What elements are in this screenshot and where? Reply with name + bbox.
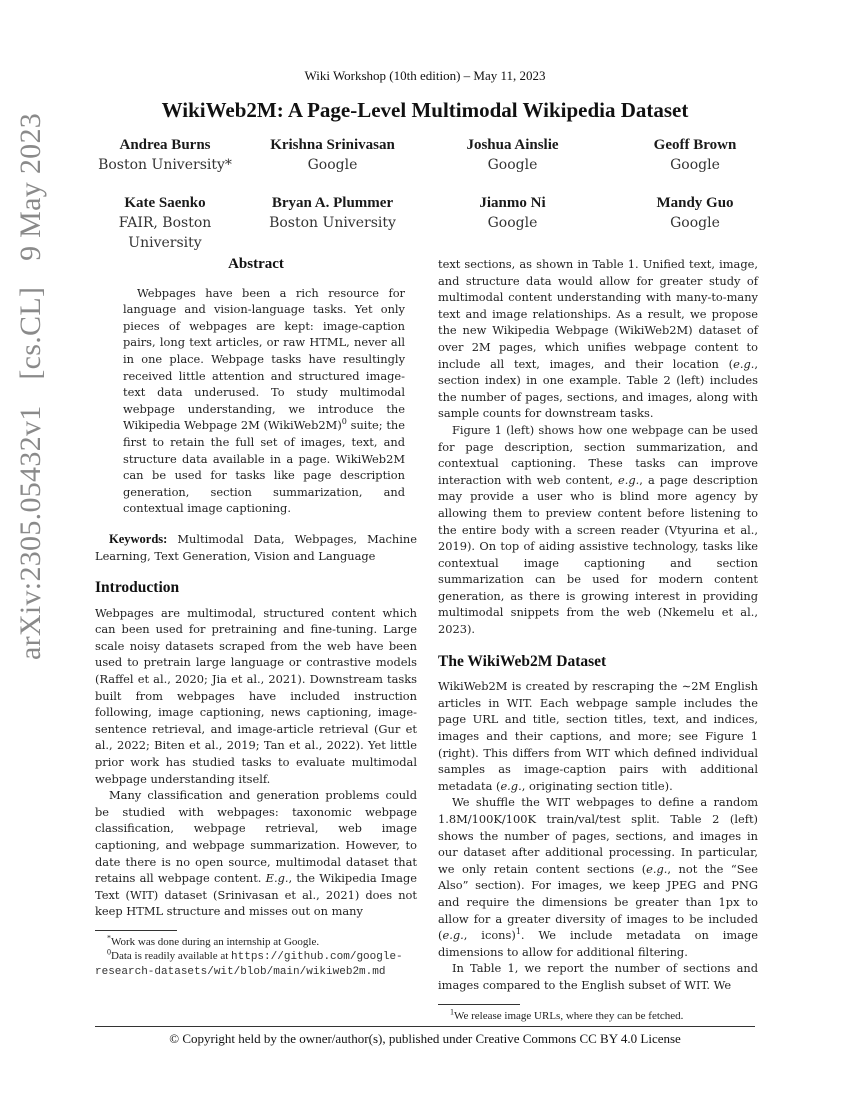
- author-block: Mandy Guo Google: [620, 194, 770, 253]
- paper-page: arXiv:2305.05432v1 [cs.CL] 9 May 2023 Wi…: [0, 0, 850, 1100]
- footnote-1: 1We release image URLs, where they can b…: [438, 1009, 758, 1023]
- footnote-0: 0Data is readily available at https://gi…: [95, 949, 417, 979]
- author-block: Bryan A. Plummer Boston University: [260, 194, 405, 253]
- author-name: Andrea Burns: [90, 136, 240, 155]
- abstract-heading: Abstract: [95, 256, 417, 273]
- intro-paragraph-2: Many classification and generation probl…: [95, 787, 417, 920]
- author-name: Joshua Ainslie: [425, 136, 600, 155]
- footnote-star: *Work was done during an internship at G…: [95, 935, 417, 949]
- paper-title: WikiWeb2M: A Page-Level Multimodal Wikip…: [0, 98, 850, 123]
- intro-paragraph-1: Webpages are multimodal, structured cont…: [95, 605, 417, 788]
- left-column: Abstract Webpages have been a rich resou…: [95, 256, 417, 979]
- author-block: Krishna Srinivasan Google: [260, 136, 405, 175]
- arxiv-id: arXiv:2305.05432v1: [14, 405, 47, 660]
- keywords-label: Keywords:: [109, 532, 167, 546]
- author-name: Mandy Guo: [620, 194, 770, 213]
- author-name: Jianmo Ni: [425, 194, 600, 213]
- copyright-footer: © Copyright held by the owner/author(s),…: [0, 1031, 850, 1047]
- intro-paragraph-3: Figure 1 (left) shows how one webpage ca…: [438, 422, 758, 638]
- author-block: Kate Saenko FAIR, Boston University: [90, 194, 240, 253]
- footer-divider: [95, 1026, 755, 1027]
- author-name: Geoff Brown: [620, 136, 770, 155]
- author-affiliation: Google: [425, 155, 600, 175]
- abstract-text: Webpages have been a rich resource for l…: [123, 285, 405, 517]
- venue-line: Wiki Workshop (10th edition) – May 11, 2…: [0, 68, 850, 84]
- author-affiliation: Boston University: [260, 213, 405, 233]
- keywords: Keywords: Multimodal Data, Webpages, Mac…: [95, 531, 417, 564]
- arxiv-category: [cs.CL]: [14, 287, 47, 380]
- intro-paragraph-2-continued: text sections, as shown in Table 1. Unif…: [438, 256, 758, 422]
- arxiv-date: 9 May 2023: [14, 113, 47, 261]
- author-block: Geoff Brown Google: [620, 136, 770, 175]
- dataset-paragraph-3: In Table 1, we report the number of sect…: [438, 960, 758, 993]
- author-block: Andrea Burns Boston University*: [90, 136, 240, 175]
- right-column: text sections, as shown in Table 1. Unif…: [438, 256, 758, 1023]
- author-block: Jianmo Ni Google: [425, 194, 600, 253]
- dataset-paragraph-1: WikiWeb2M is created by rescraping the ∼…: [438, 678, 758, 794]
- abstract-body: Webpages have been a rich resource for l…: [123, 285, 405, 517]
- author-row-2: Kate Saenko FAIR, Boston University Brya…: [90, 194, 770, 253]
- author-row-1: Andrea Burns Boston University* Krishna …: [90, 136, 770, 175]
- author-affiliation: Google: [620, 155, 770, 175]
- author-block: Joshua Ainslie Google: [425, 136, 600, 175]
- author-name: Kate Saenko: [90, 194, 240, 213]
- author-affiliation: Boston University*: [90, 155, 240, 175]
- section-heading-introduction: Introduction: [95, 580, 417, 597]
- author-affiliation: Google: [620, 213, 770, 233]
- author-name: Bryan A. Plummer: [260, 194, 405, 213]
- author-affiliation: Google: [425, 213, 600, 233]
- author-affiliation: Google: [260, 155, 405, 175]
- dataset-paragraph-2: We shuffle the WIT webpages to define a …: [438, 794, 758, 960]
- author-affiliation: FAIR, Boston University: [90, 213, 240, 253]
- footnote-divider: [438, 1004, 520, 1005]
- arxiv-identifier-stamp: arXiv:2305.05432v1 [cs.CL] 9 May 2023: [14, 95, 48, 660]
- author-name: Krishna Srinivasan: [260, 136, 405, 155]
- footnote-divider: [95, 930, 177, 931]
- section-heading-dataset: The WikiWeb2M Dataset: [438, 654, 758, 671]
